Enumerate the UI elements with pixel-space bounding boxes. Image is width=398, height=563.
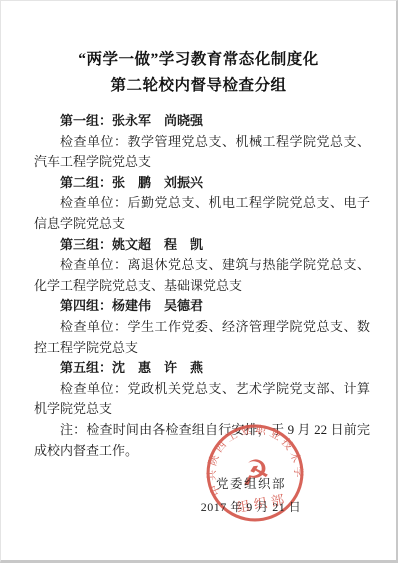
- doc-title-line-1: “两学一做”学习教育常态化制度化: [1, 47, 396, 73]
- group-5-header: 第五组：沈 惠 许 燕: [34, 358, 370, 379]
- group-4-units: 检查单位：学生工作党委、经济管理学院党总支、数控工程学院党总支: [34, 317, 370, 358]
- signature-date: 2017 年 9 月 21 日: [187, 498, 315, 515]
- group-5-units: 检查单位：党政机关党总支、艺术学院党支部、计算机学院党总支: [34, 379, 370, 420]
- group-2-header: 第二组：张 鹏 刘振兴: [34, 173, 370, 194]
- document-page: “两学一做”学习教育常态化制度化 第二轮校内督导检查分组 第一组：张永军 尚晓强…: [0, 0, 398, 563]
- doc-title-line-2: 第二轮校内督导检查分组: [1, 73, 396, 99]
- group-2-units: 检查单位：后勤党总支、机电工程学院党总支、电子信息学院党总支: [34, 193, 370, 234]
- group-3-units: 检查单位：离退休党总支、建筑与热能学院党总支、化学工程学院党总支、基础课党总支: [34, 255, 370, 296]
- doc-body: 第一组：张永军 尚晓强 检查单位：教学管理党总支、机械工程学院党总支、汽车工程学…: [34, 111, 370, 461]
- signature-block: 党委组织部 2017 年 9 月 21 日: [187, 474, 315, 515]
- doc-title: “两学一做”学习教育常态化制度化 第二轮校内督导检查分组: [1, 47, 396, 99]
- group-4-header: 第四组：杨建伟 吴德君: [34, 296, 370, 317]
- group-3-header: 第三组：姚文超 程 凯: [34, 235, 370, 256]
- signature-department: 党委组织部: [187, 474, 315, 492]
- group-1-header: 第一组：张永军 尚晓强: [34, 111, 370, 132]
- group-1-units: 检查单位：教学管理党总支、机械工程学院党总支、汽车工程学院党总支: [34, 132, 370, 173]
